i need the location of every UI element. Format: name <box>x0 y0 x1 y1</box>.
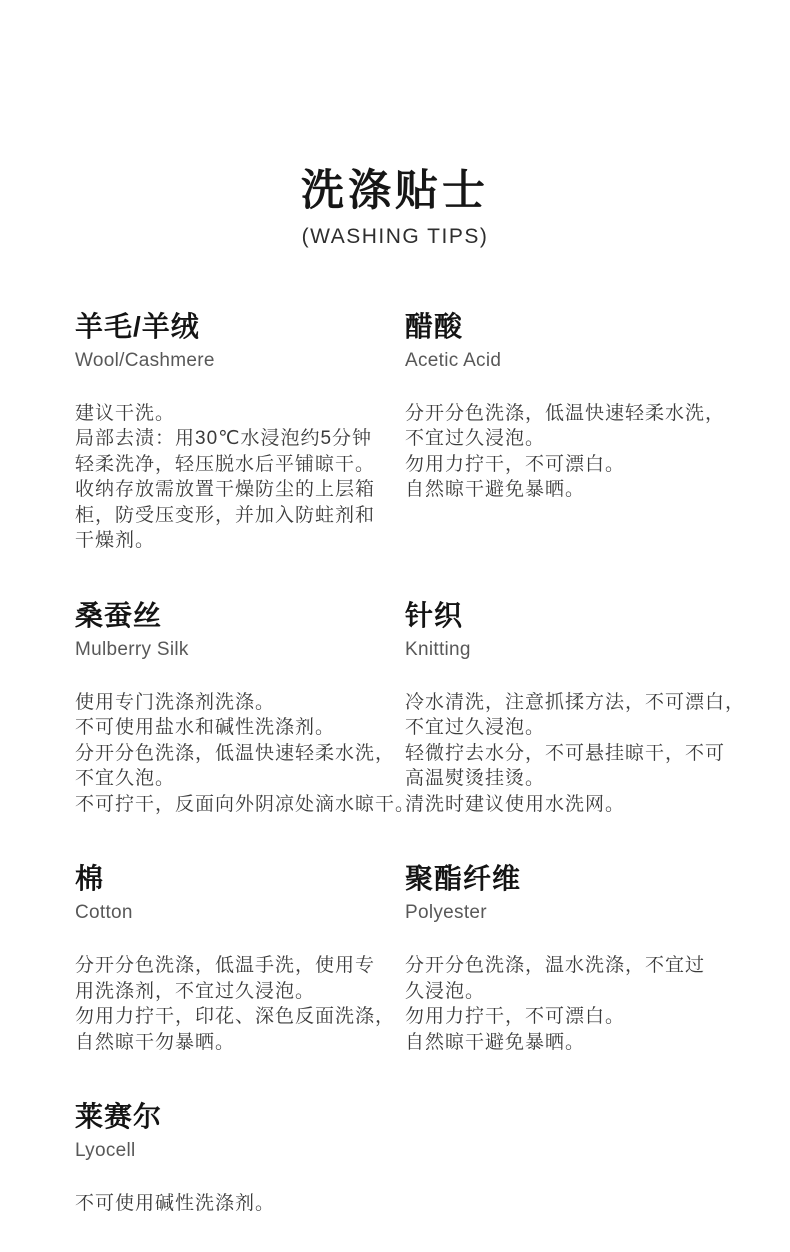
section-title-zh: 针织 <box>405 599 750 633</box>
section-body: 使用专门洗涤剂洗涤。 不可使用盐水和碱性洗涤剂。 分开分色洗涤，低温快速轻柔水洗… <box>75 690 405 818</box>
section-knitting: 针织 Knitting 冷水清洗，注意抓揉方法，不可漂白， 不宜过久浸泡。 轻微… <box>405 599 750 818</box>
section-title-en: Lyocell <box>75 1138 405 1163</box>
washing-tips-document: 洗涤贴士 (WASHING TIPS) 羊毛/羊绒 Wool/Cashmere … <box>0 0 790 1252</box>
section-lyocell: 莱赛尔 Lyocell 不可使用碱性洗涤剂。 <box>75 1100 405 1217</box>
section-body: 分开分色洗涤，温水洗涤，不宜过 久浸泡。 勿用力拧干，不可漂白。 自然晾干避免暴… <box>405 953 750 1055</box>
title-block: 洗涤贴士 (WASHING TIPS) <box>0 0 790 250</box>
section-acetic-acid: 醋酸 Acetic Acid 分开分色洗涤，低温快速轻柔水洗， 不宜过久浸泡。 … <box>405 310 750 554</box>
section-cotton: 棉 Cotton 分开分色洗涤，低温手洗，使用专 用洗涤剂，不宜过久浸泡。 勿用… <box>75 862 405 1055</box>
section-body: 冷水清洗，注意抓揉方法，不可漂白， 不宜过久浸泡。 轻微拧去水分，不可悬挂晾干，… <box>405 690 750 818</box>
section-title-zh: 羊毛/羊绒 <box>75 310 405 344</box>
section-title-en: Wool/Cashmere <box>75 348 405 373</box>
section-mulberry-silk: 桑蚕丝 Mulberry Silk 使用专门洗涤剂洗涤。 不可使用盐水和碱性洗涤… <box>75 599 405 818</box>
section-title-zh: 桑蚕丝 <box>75 599 405 633</box>
section-body: 不可使用碱性洗涤剂。 <box>75 1191 405 1217</box>
section-title-zh: 醋酸 <box>405 310 750 344</box>
section-title-en: Acetic Acid <box>405 348 750 373</box>
section-row-1: 羊毛/羊绒 Wool/Cashmere 建议干洗。 局部去渍：用30℃水浸泡约5… <box>75 310 750 554</box>
empty-cell <box>405 1100 750 1217</box>
section-wool-cashmere: 羊毛/羊绒 Wool/Cashmere 建议干洗。 局部去渍：用30℃水浸泡约5… <box>75 310 405 554</box>
section-title-en: Polyester <box>405 900 750 925</box>
section-body: 建议干洗。 局部去渍：用30℃水浸泡约5分钟 轻柔洗净，轻压脱水后平铺晾干。 收… <box>75 401 405 554</box>
section-row-4: 莱赛尔 Lyocell 不可使用碱性洗涤剂。 <box>75 1100 750 1217</box>
sections-grid: 羊毛/羊绒 Wool/Cashmere 建议干洗。 局部去渍：用30℃水浸泡约5… <box>75 310 750 1217</box>
section-body: 分开分色洗涤，低温手洗，使用专 用洗涤剂，不宜过久浸泡。 勿用力拧干，印花、深色… <box>75 953 405 1055</box>
section-title-zh: 莱赛尔 <box>75 1100 405 1134</box>
section-title-zh: 聚酯纤维 <box>405 862 750 896</box>
section-title-en: Cotton <box>75 900 405 925</box>
page-title: 洗涤贴士 <box>0 166 790 218</box>
section-title-en: Mulberry Silk <box>75 637 405 662</box>
page-subtitle: (WASHING TIPS) <box>0 223 790 250</box>
section-row-3: 棉 Cotton 分开分色洗涤，低温手洗，使用专 用洗涤剂，不宜过久浸泡。 勿用… <box>75 862 750 1055</box>
section-row-2: 桑蚕丝 Mulberry Silk 使用专门洗涤剂洗涤。 不可使用盐水和碱性洗涤… <box>75 599 750 818</box>
section-title-zh: 棉 <box>75 862 405 896</box>
section-body: 分开分色洗涤，低温快速轻柔水洗， 不宜过久浸泡。 勿用力拧干，不可漂白。 自然晾… <box>405 401 750 503</box>
section-title-en: Knitting <box>405 637 750 662</box>
section-polyester: 聚酯纤维 Polyester 分开分色洗涤，温水洗涤，不宜过 久浸泡。 勿用力拧… <box>405 862 750 1055</box>
